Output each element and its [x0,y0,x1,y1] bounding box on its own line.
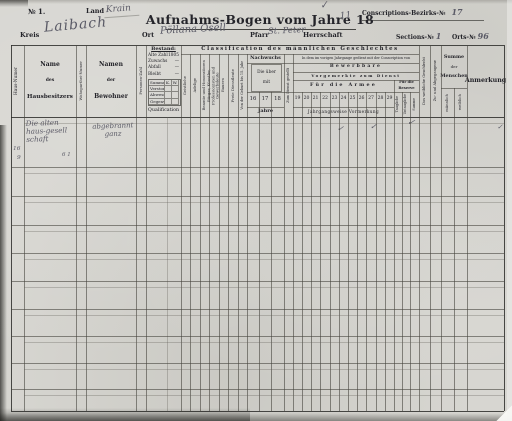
reserve-column-label: Summe [413,98,417,111]
grid-line [24,202,504,203]
herrschaft-label: Herrschaft [303,32,342,39]
summe-header: Summe der Menschen [441,50,467,84]
reserve-column: Taugliche [394,92,402,117]
age-column: 22 [320,92,330,107]
scan-edge-bottom-left [0,408,250,421]
grid-line [376,92,377,117]
bestand-rows: Alte Zahl1805 Zuwachs— Abfall— Bleibt— [147,53,180,78]
grid-line [320,92,321,117]
grid-line [410,117,411,411]
grid-line [24,287,504,288]
column-header-wohnparthei: Wohnparthei-Numer [76,45,86,117]
age-column: 28 [376,92,385,107]
age-column: 21 [311,92,320,107]
bestand-title: Bestand: [146,46,181,53]
age-column: 24 [339,92,348,107]
grid-line [24,173,504,174]
grid-line [385,92,386,117]
grid-line [11,336,504,337]
scan-edge-right [507,0,512,421]
grid-line [11,45,12,411]
grid-line [402,117,403,411]
grid-line [311,117,312,411]
classification-column-label: Freie Dienstleute [231,69,235,102]
age-column-label: 23 [332,97,338,102]
classification-column: Geistliche [181,54,190,117]
grid-line [11,167,504,168]
reserve-column: Untaugliche [402,92,410,117]
grid-line [190,117,191,411]
column-header-bis-15-jahr: Von der Geburt bis 15. Jahr [238,54,247,117]
grid-line [76,45,77,117]
grid-line [209,117,210,411]
grid-line [219,54,220,117]
bestand-row: Bleibt— [147,72,180,78]
check-mark: ✓ [497,124,503,132]
grid-line [24,259,504,260]
land-value-handwriting: Krain [104,4,140,18]
grid-line [146,45,147,117]
reserve-column-label: Taugliche [396,96,400,112]
age-column-label: 25 [350,97,356,102]
grid-line [385,117,386,411]
classification-column-label: Bauern [221,78,225,92]
reserve-title: Für die Reserve [394,80,419,92]
grid-line [293,80,419,81]
classification-title: Classification des männlichen Geschlecht… [181,45,419,54]
grid-line [441,117,442,411]
summe-column: weiblich [454,88,467,117]
grid-line [402,92,403,117]
ort-value-handwriting: Pöllana Osell [160,22,226,36]
pfarr-value-handwriting: St. Peter [268,26,306,37]
age-column-label: 24 [341,97,347,102]
column-header-hausbesitzer: Name des Hausbesitzers [24,52,76,110]
grid-line [136,45,137,117]
column-header-bewohner: Namen der Bewohner [86,52,136,110]
grid-line [339,117,340,411]
sections-label: Sections-№ 1 [396,32,441,41]
grid-line [394,80,395,117]
age-column: 19 [293,92,302,107]
summe-column: männlich [441,88,454,117]
grid-line [430,45,431,117]
ort-label: Ort [142,32,154,39]
grid-line [259,92,260,117]
nachwuchs-title: Nachwuchs [247,54,284,63]
grid-line [136,117,137,411]
grid-line [238,54,239,117]
nachwuchs-unit: Jahre [247,107,284,117]
nachwuchs-box: Die über mit [251,64,282,92]
grid-line [146,117,147,411]
grid-line [441,88,467,89]
grid-line [11,363,504,364]
grid-line [228,54,229,117]
nachwuchs-age-17: 17 [259,92,271,107]
age-column-label: 27 [368,97,374,102]
grid-line [247,107,284,108]
grid-line [320,117,321,411]
kreis-value-handwriting: Laibach [43,15,107,36]
scan-edge-top [0,0,512,4]
grid-line [302,117,303,411]
age-column-label: 21 [313,97,319,102]
grid-line [11,281,504,282]
service-line1: In dem im vorigen Jahrgange gedient mit … [293,54,419,63]
age-column: 25 [348,92,357,107]
grid-line [228,117,229,411]
grid-line [441,45,442,117]
column-header-personen-zahl: Personen-Zahl [136,45,146,117]
bestand-subtable: Summe K. W. Verstorben Abwesende Gegenwä… [148,79,181,106]
service-line2: Bewerbbare [293,63,419,72]
age-column: 26 [357,92,366,107]
haus-number-handwriting: 16 [13,146,20,152]
reserve-column: Summe [410,92,419,117]
nachwuchs-age-16: 16 [247,92,259,107]
grid-line [394,117,395,411]
classification-column: Bürger, Künstler, Professionisten und Ge… [209,54,219,117]
classification-column: Bauern [219,54,228,117]
owner-entry-handwriting: Die alten haus-gesell schaft [26,118,77,143]
grid-line [11,389,504,390]
grid-line [190,54,191,117]
orts-label: Orts-№ 96 [452,32,489,41]
grid-line [410,92,411,117]
grid-line [454,117,455,411]
pfarr-label: Pfarr [250,32,269,39]
grid-line [11,196,504,197]
grid-line [247,63,419,64]
grid-line [293,107,394,108]
grid-line [339,92,340,117]
classification-column-label: Geistliche [183,76,187,95]
classification-column: Freie Dienstleute [228,54,238,117]
grid-line [181,117,182,411]
grid-line [238,117,239,411]
grid-line [86,117,87,411]
grid-line [24,342,504,343]
grid-line [24,315,504,316]
grid-line [366,92,367,117]
column-header-zu-abgegangene: Zu- und Abgegangene [430,45,441,117]
grid-line [467,117,468,411]
grid-line [293,117,294,411]
grid-line [181,54,419,55]
conscription-district-label: Conscriptions-Bezirks-№ 17 [362,8,484,21]
form-number: № 1. [28,8,45,15]
age-column-label: 22 [322,97,328,102]
grid-line [259,117,260,411]
check-mark: ✓ [336,125,344,135]
kreis-label: Kreis [20,32,39,39]
grid-line [302,92,303,117]
orts-value-handwriting: 96 [478,31,489,41]
grid-line [24,45,25,117]
age-column-label: 28 [378,97,384,102]
age-column: 27 [366,92,376,107]
grid-line [330,117,331,411]
grid-line [454,88,455,117]
grid-line [348,92,349,117]
classification-column: Adelige [190,54,200,117]
grid-line [293,72,419,73]
grid-line [24,123,504,124]
bestand-footer: Qualification [146,106,181,115]
grid-line [247,117,248,411]
age-column-label: 29 [387,97,393,102]
grid-line [167,117,168,411]
grid-line [24,231,504,232]
grid-line [271,117,272,411]
column-header-haus-numer: Haus-Numer [11,45,24,117]
title-year-handwriting: 11 [340,11,352,22]
age-column-label: 19 [295,97,301,102]
column-header-weibliches-geschlecht: Das weibliche Geschlecht [419,45,430,117]
grid-line [200,117,201,411]
census-form-page: № 1. Land Krain Conscriptions-Bezirks-№ … [0,0,512,421]
grid-line [247,92,419,93]
grid-line [467,45,468,117]
sections-value-handwriting: 1 [436,31,442,41]
conscription-district-value-handwriting: 17 [451,7,462,17]
scan-edge-corner [0,0,28,7]
grid-line [357,117,358,411]
summe-column-label: männlich [445,94,449,112]
grid-line [24,117,25,411]
owner-note-handwriting: 6 1 [62,152,71,158]
grid-line [11,309,504,310]
column-header-anmerkung: Anmerkung [467,45,504,117]
reserve-column-label: Untaugliche [404,94,408,114]
grid-line [11,253,504,254]
scan-edge-left [0,125,7,421]
grid-line [24,369,504,370]
age-column: 20 [302,92,311,107]
grid-line [181,45,182,117]
nachwuchs-age-18: 18 [271,92,284,107]
grid-line [366,117,367,411]
haus-number-handwriting: 9 [17,155,21,161]
age-column: 23 [330,92,339,107]
grid-line [504,45,505,411]
grid-line [200,54,201,117]
grid-line [419,45,420,117]
grid-line [430,117,431,411]
age-band-label: Jahrgangsweise Vormerkung [293,107,394,117]
grid-line [219,117,220,411]
grid-line [86,45,87,117]
grid-line [311,92,312,117]
grid-line [76,117,77,411]
grid-line [348,117,349,411]
grid-line [209,54,210,117]
age-column: 29 [385,92,394,107]
grid-line [284,117,285,411]
grid-line [330,92,331,117]
armee-title: Für die Armee [293,80,394,92]
grid-line [419,117,420,411]
grid-line [357,92,358,117]
age-column-label: 26 [359,97,365,102]
grid-line [11,225,504,226]
age-column-label: 20 [304,97,310,102]
summe-column-label: weiblich [458,94,462,110]
service-line3: Vorgemerkte zum Dienst [293,72,419,80]
resident-entry-handwriting: abgebrannt ganz [91,122,136,139]
grid-line [271,92,272,117]
grid-line [24,395,504,396]
classification-column-label: Adelige [193,78,197,93]
grid-line [376,117,377,411]
